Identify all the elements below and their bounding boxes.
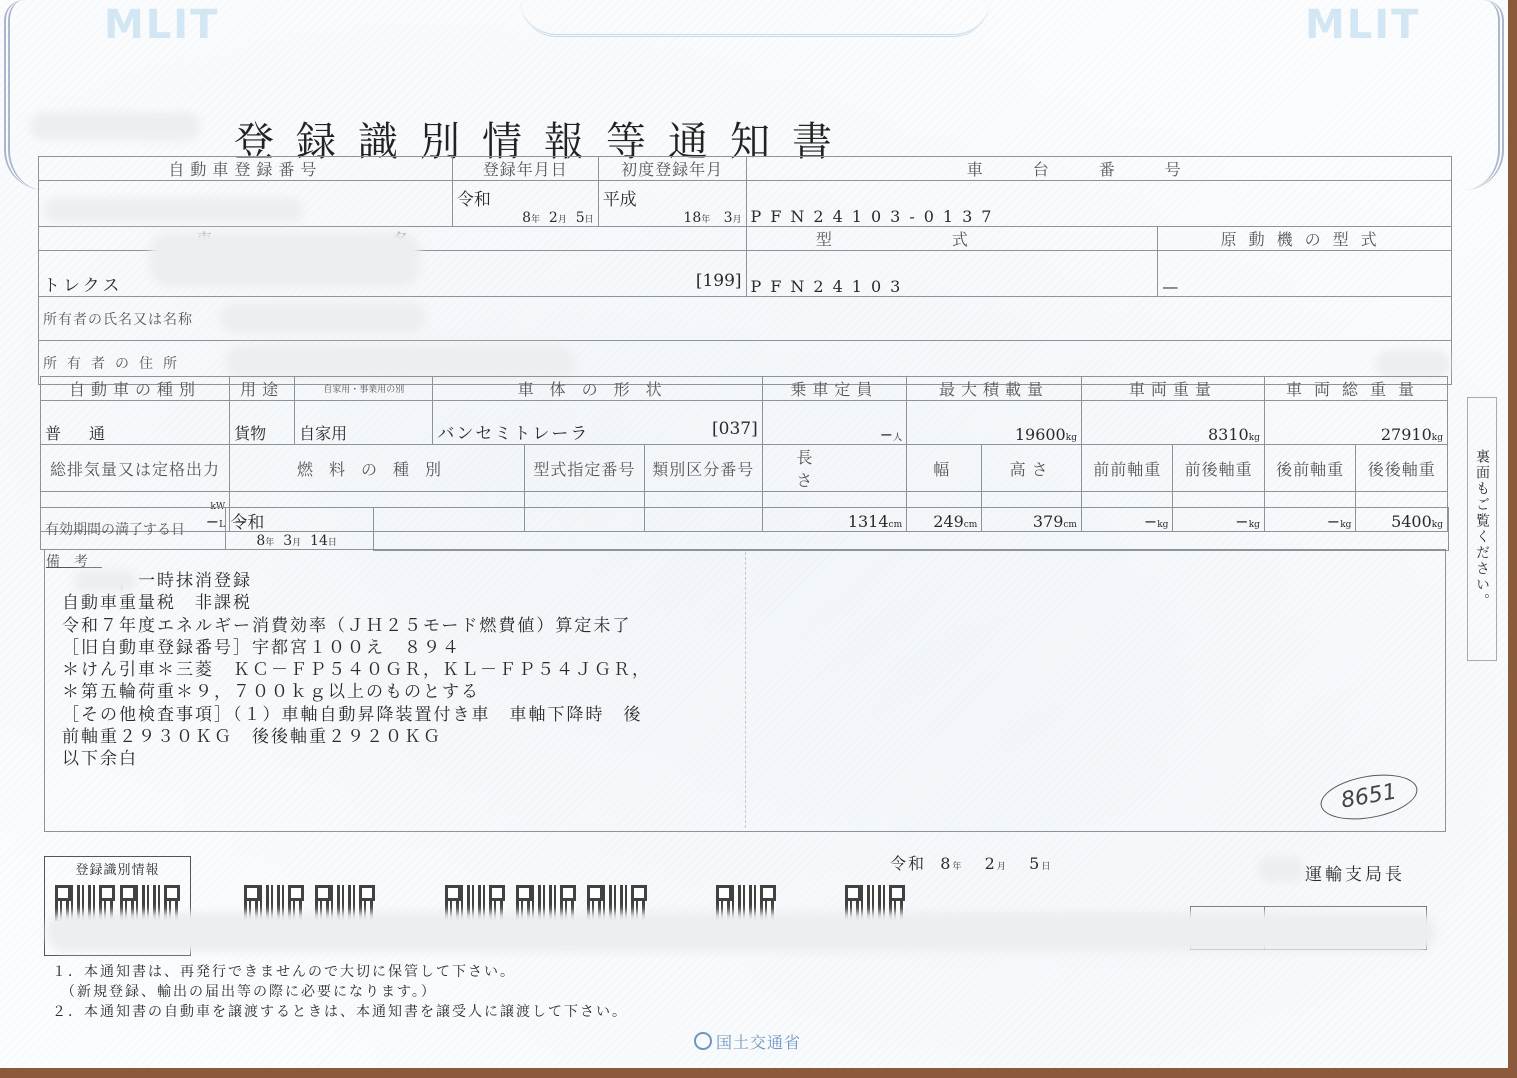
redacted-area: [30, 112, 200, 140]
body-shape-cell: バンセミトレーラ [037]: [433, 401, 762, 445]
header-displacement: 総排気量又は定格出力: [41, 445, 230, 492]
header-height: 高さ: [982, 445, 1082, 492]
chassis-number: PFN24103-0137: [746, 181, 1451, 227]
footnotes: １．本通知書は、再発行できませんので大切に保管して下さい。 （新規登録、輸出の届…: [52, 962, 628, 1022]
gross-weight-value: 27910kg: [1264, 401, 1447, 445]
footnote: ２．本通知書の自動車を譲渡するときは、本通知書を譲受人に譲渡して下さい。: [52, 1002, 628, 1022]
remarks-line: ，一時抹消登録: [62, 570, 651, 592]
ornament-right: [1448, 0, 1504, 190]
car-name: トレクス: [43, 276, 123, 296]
car-name-code: [199]: [696, 271, 742, 291]
registration-id-info-label: 登録識別情報: [45, 859, 190, 878]
remarks-label: 備考: [46, 551, 102, 571]
header-fr-axle: 前後軸重: [1173, 445, 1264, 492]
remarks-line: 令和７年度エネルギー消費効率（ＪＨ２５モード燃費値）算定未了: [62, 615, 651, 637]
footnote: （新規登録、輸出の届出等の際に必要になります。）: [52, 982, 628, 1002]
watermark-right: MLIT: [1305, 2, 1420, 48]
weight-value: 8310kg: [1081, 401, 1264, 445]
capacity-value: −人: [762, 401, 906, 445]
expiry-label: 有効期間の満了する日: [41, 508, 226, 550]
header-engine-model: 原動機の型式: [1158, 227, 1452, 251]
expiry-value: 令和 8年 3月 14日: [226, 508, 374, 550]
header-first-reg: 初度登録年月: [598, 157, 746, 181]
reg-number-value: [39, 181, 453, 227]
redacted-area: [1375, 350, 1450, 378]
header-body-shape: 車体の形状: [433, 377, 762, 401]
header-rr-axle: 後後軸重: [1356, 445, 1448, 492]
remarks-line: ＊第五輪荷重＊９，７００ｋｇ以上のものとする: [62, 681, 651, 703]
header-width: 幅: [907, 445, 982, 492]
remarks-line: ［旧自動車登録番号］宇都宮１００え ８９４: [62, 637, 651, 659]
see-reverse-note: 裏面もご覧ください。: [1467, 397, 1497, 661]
header-max-load: 最大積載量: [907, 377, 1082, 401]
header-weight: 車両重量: [1081, 377, 1264, 401]
redacted-area: [74, 570, 136, 592]
remarks-line: 自動車重量税 非課税: [62, 592, 651, 614]
expiry-table: 有効期間の満了する日 令和 8年 3月 14日: [40, 507, 374, 550]
header-private: 自家用・事業用の別: [295, 377, 433, 401]
header-length: 長さ: [762, 445, 906, 492]
header-ff-axle: 前前軸重: [1081, 445, 1172, 492]
header-use: 用途: [230, 377, 295, 401]
header-capacity: 乗車定員: [762, 377, 906, 401]
owner-name-label: 所有者の氏名又は名称: [43, 312, 193, 328]
crest-ornament: [520, 0, 990, 37]
reg-date-value: 令和 8年 2月 5日: [452, 181, 598, 227]
watermark-left: MLIT: [104, 2, 219, 48]
header-class-number: 類別区分番号: [644, 445, 762, 492]
ministry-logo: 国土交通省: [694, 1030, 801, 1053]
header-model: 型式: [746, 227, 1158, 251]
header-vehicle-type: 自動車の種別: [41, 377, 230, 401]
redacted-area: [225, 346, 575, 378]
remarks-text: ，一時抹消登録 自動車重量税 非課税 令和７年度エネルギー消費効率（ＪＨ２５モー…: [62, 570, 651, 771]
model-value: PFN24103: [746, 251, 1158, 297]
footnote: １．本通知書は、再発行できませんので大切に保管して下さい。: [52, 962, 628, 982]
remarks-divider: [745, 552, 746, 828]
issue-date: 令和 8年 2月 5日: [890, 851, 1052, 874]
issuing-office: 運輸支局長: [1305, 860, 1405, 885]
header-reg-number: 自動車登録番号: [39, 157, 453, 181]
redacted-area: [46, 912, 1436, 952]
redacted-area: [1258, 856, 1304, 882]
header-rf-axle: 後前軸重: [1264, 445, 1355, 492]
owner-address-label: 所有者の住所: [43, 356, 187, 372]
header-chassis: 車台番号: [746, 157, 1451, 181]
ministry-emblem-icon: [694, 1032, 712, 1050]
document-paper: MLIT MLIT 登録識別情報等通知書 自動車登録番号 登録年月日 初度登録年…: [0, 0, 1508, 1068]
header-type-number: 型式指定番号: [524, 445, 644, 492]
remarks-line: 以下余白: [62, 748, 651, 770]
remarks-line: ［その他検査事項］（１）車軸自動昇降装置付き車 車軸下降時 後: [62, 704, 651, 726]
use-value: 貨物: [230, 401, 295, 445]
remarks-line: ＊けん引車＊三菱 ＫＣ－ＦＰ５４０ＧＲ，ＫＬ－ＦＰ５４ＪＧＲ，: [62, 659, 651, 681]
header-reg-date: 登録年月日: [452, 157, 598, 181]
redacted-area: [150, 232, 420, 287]
engine-model-value: —: [1158, 251, 1452, 297]
remarks-line: 前軸重２９３０ＫＧ 後後軸重２９２０ＫＧ: [62, 726, 651, 748]
vehicle-type-value: 普 通: [41, 401, 230, 445]
header-gross-weight: 車両総重量: [1264, 377, 1447, 401]
private-value: 自家用: [295, 401, 433, 445]
first-reg-value: 平成 18年 3月: [598, 181, 746, 227]
max-load-value: 19600kg: [907, 401, 1082, 445]
expiry-empty-cell: [373, 507, 1449, 551]
redacted-area: [220, 303, 425, 333]
header-fuel: 燃料の種別: [230, 445, 525, 492]
